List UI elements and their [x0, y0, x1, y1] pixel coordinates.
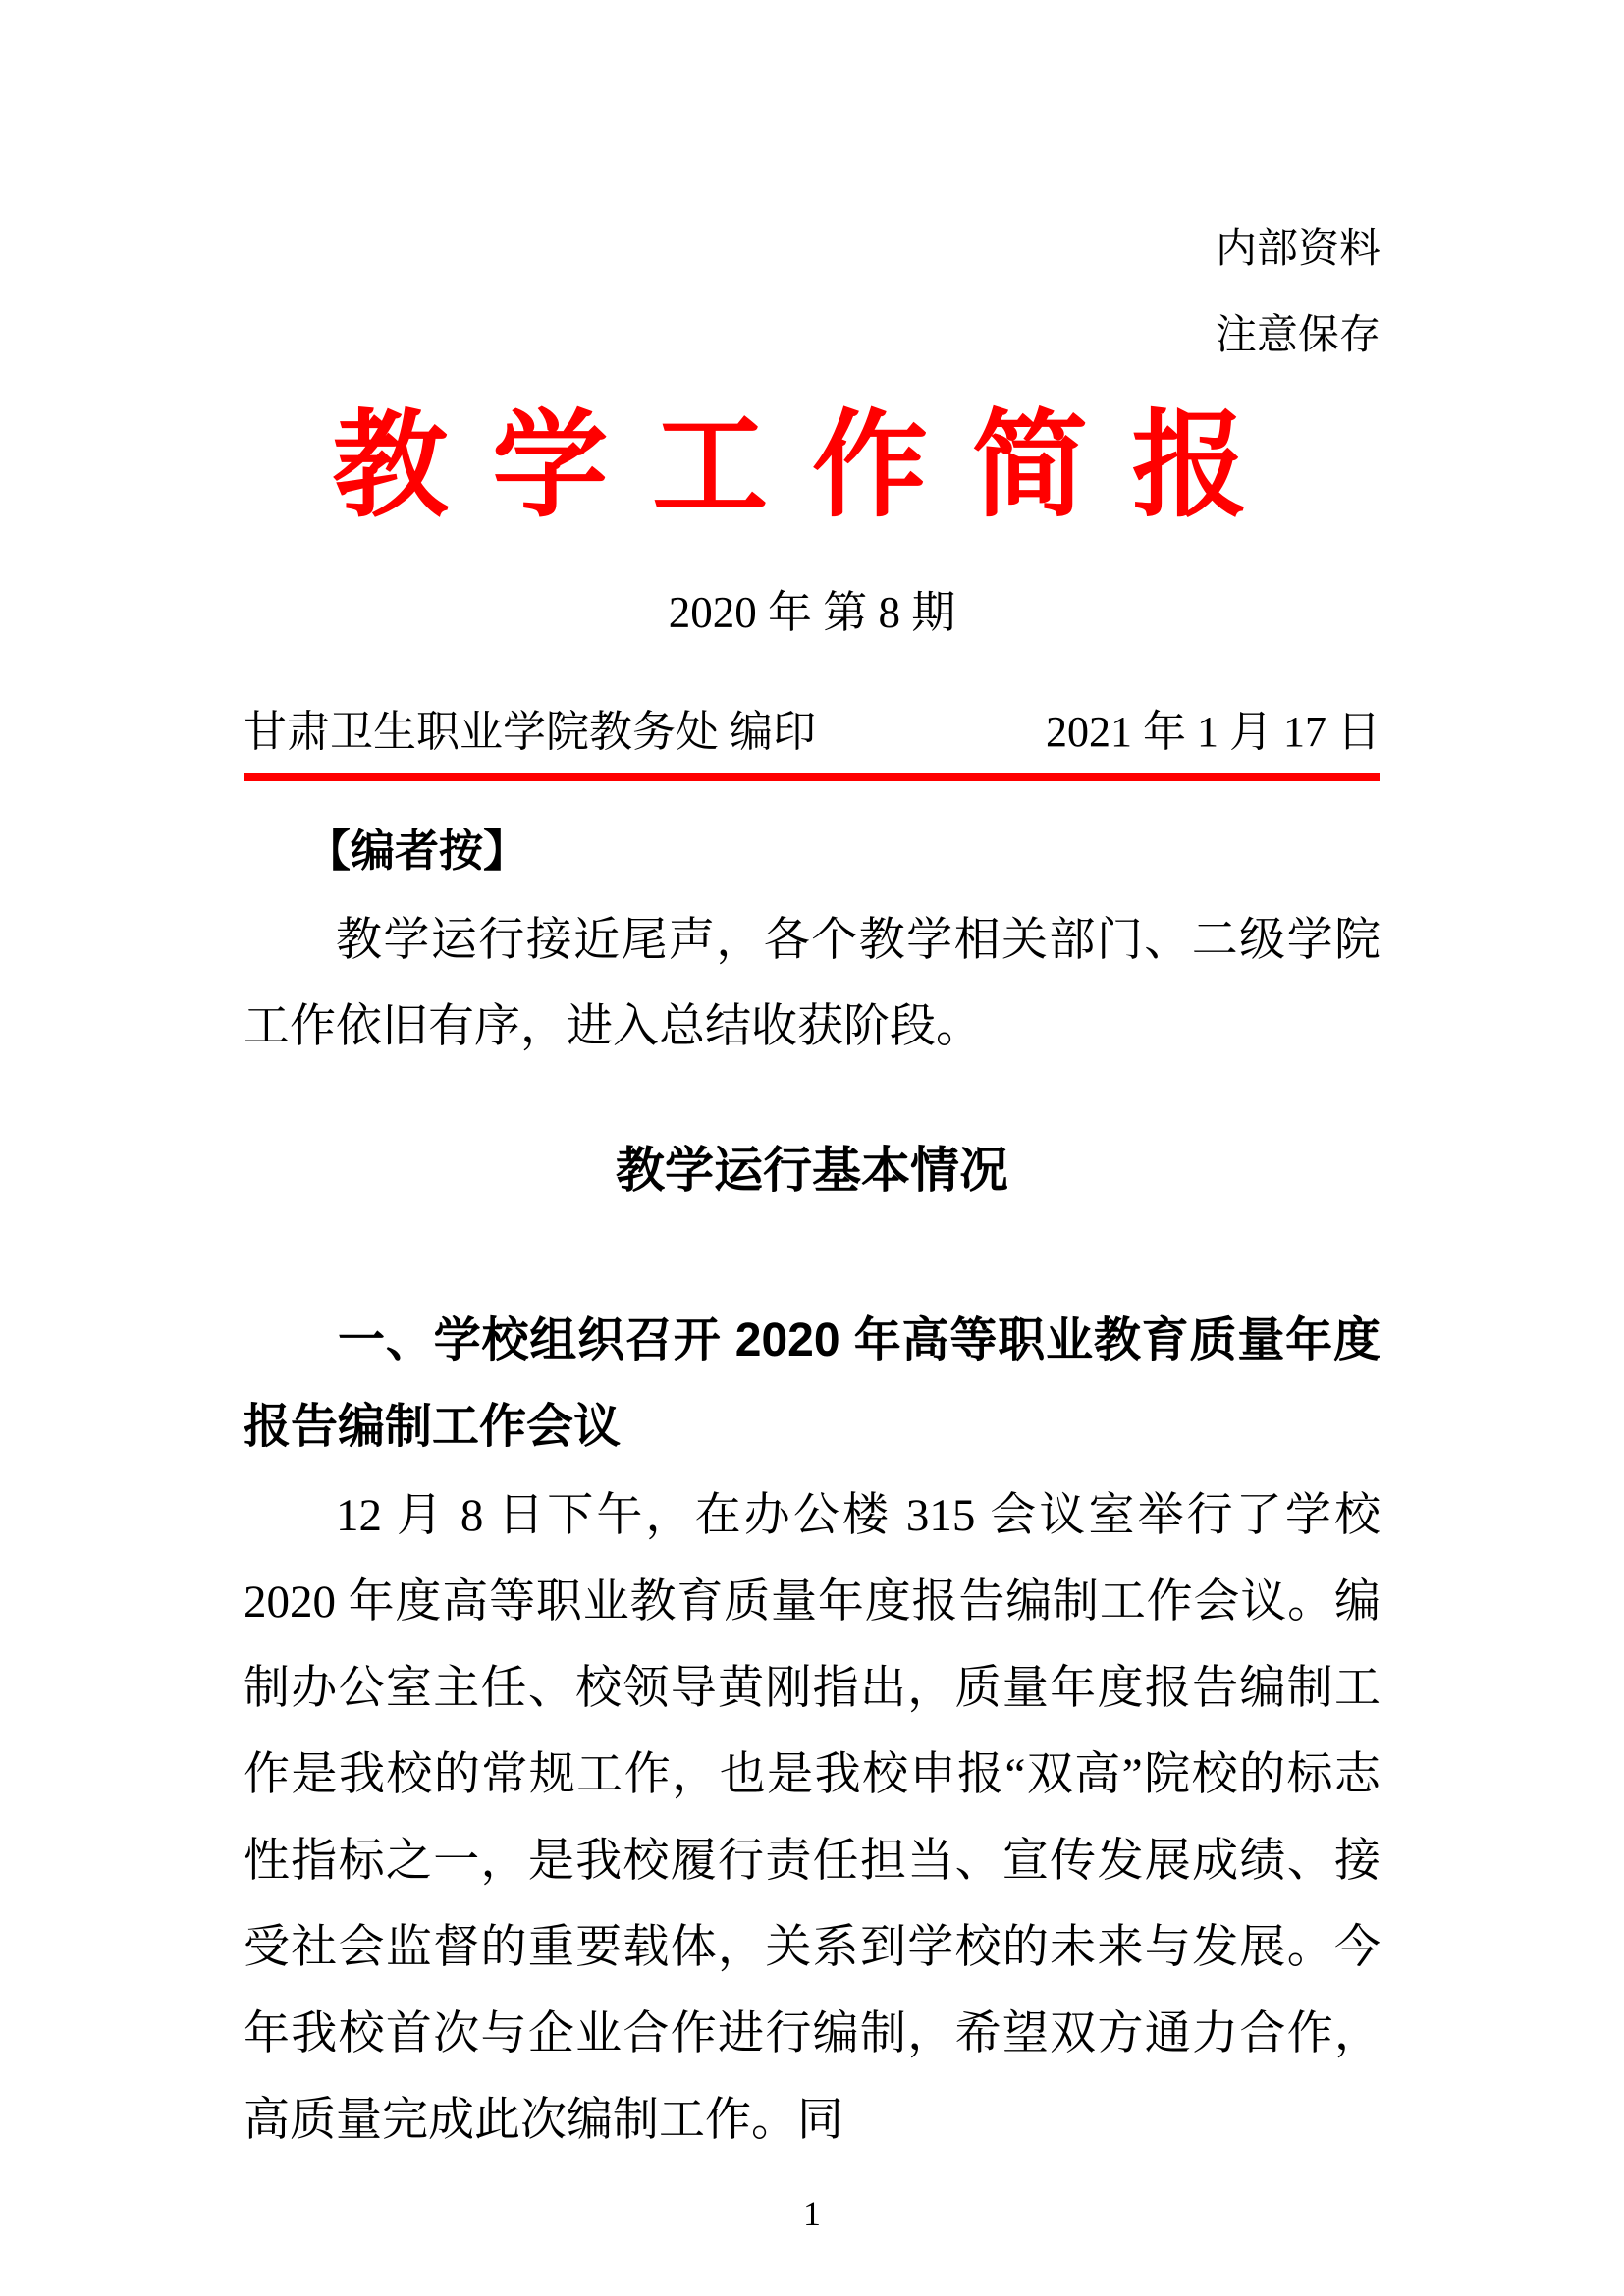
- issue-number: 2020 年 第 8 期: [244, 588, 1380, 637]
- editor-note-label: 【编者按】: [306, 827, 1380, 876]
- page-number: 1: [0, 2194, 1624, 2233]
- article-body-paragraph: 12 月 8 日下午，在办公楼 315 会议室举行了学校 2020 年度高等职业…: [244, 1472, 1380, 2163]
- masthead-row: 甘肃卫生职业学院教务处 编印 2021 年 1 月 17 日: [244, 708, 1380, 757]
- print-date: 2021 年 1 月 17 日: [1046, 708, 1380, 757]
- publisher-name: 甘肃卫生职业学院教务处 编印: [244, 708, 816, 757]
- editor-note-body: 教学运行接近尾声，各个教学相关部门、二级学院工作依旧有序，进入总结收获阶段。: [244, 897, 1380, 1070]
- classification-notice: 内部资料 注意保存: [244, 0, 1380, 379]
- notice-internal-material: 内部资料: [244, 206, 1380, 293]
- article-heading: 一、学校组织召开 2020 年高等职业教育质量年度报告编制工作会议: [244, 1298, 1380, 1470]
- document-page: 内部资料 注意保存 教学工作简报 2020 年 第 8 期 甘肃卫生职业学院教务…: [0, 0, 1624, 2296]
- section-title: 教学运行基本情况: [244, 1141, 1380, 1200]
- notice-keep-safe: 注意保存: [244, 293, 1380, 379]
- masthead-divider-rule: [244, 773, 1380, 781]
- bulletin-title: 教学工作简报: [244, 394, 1380, 541]
